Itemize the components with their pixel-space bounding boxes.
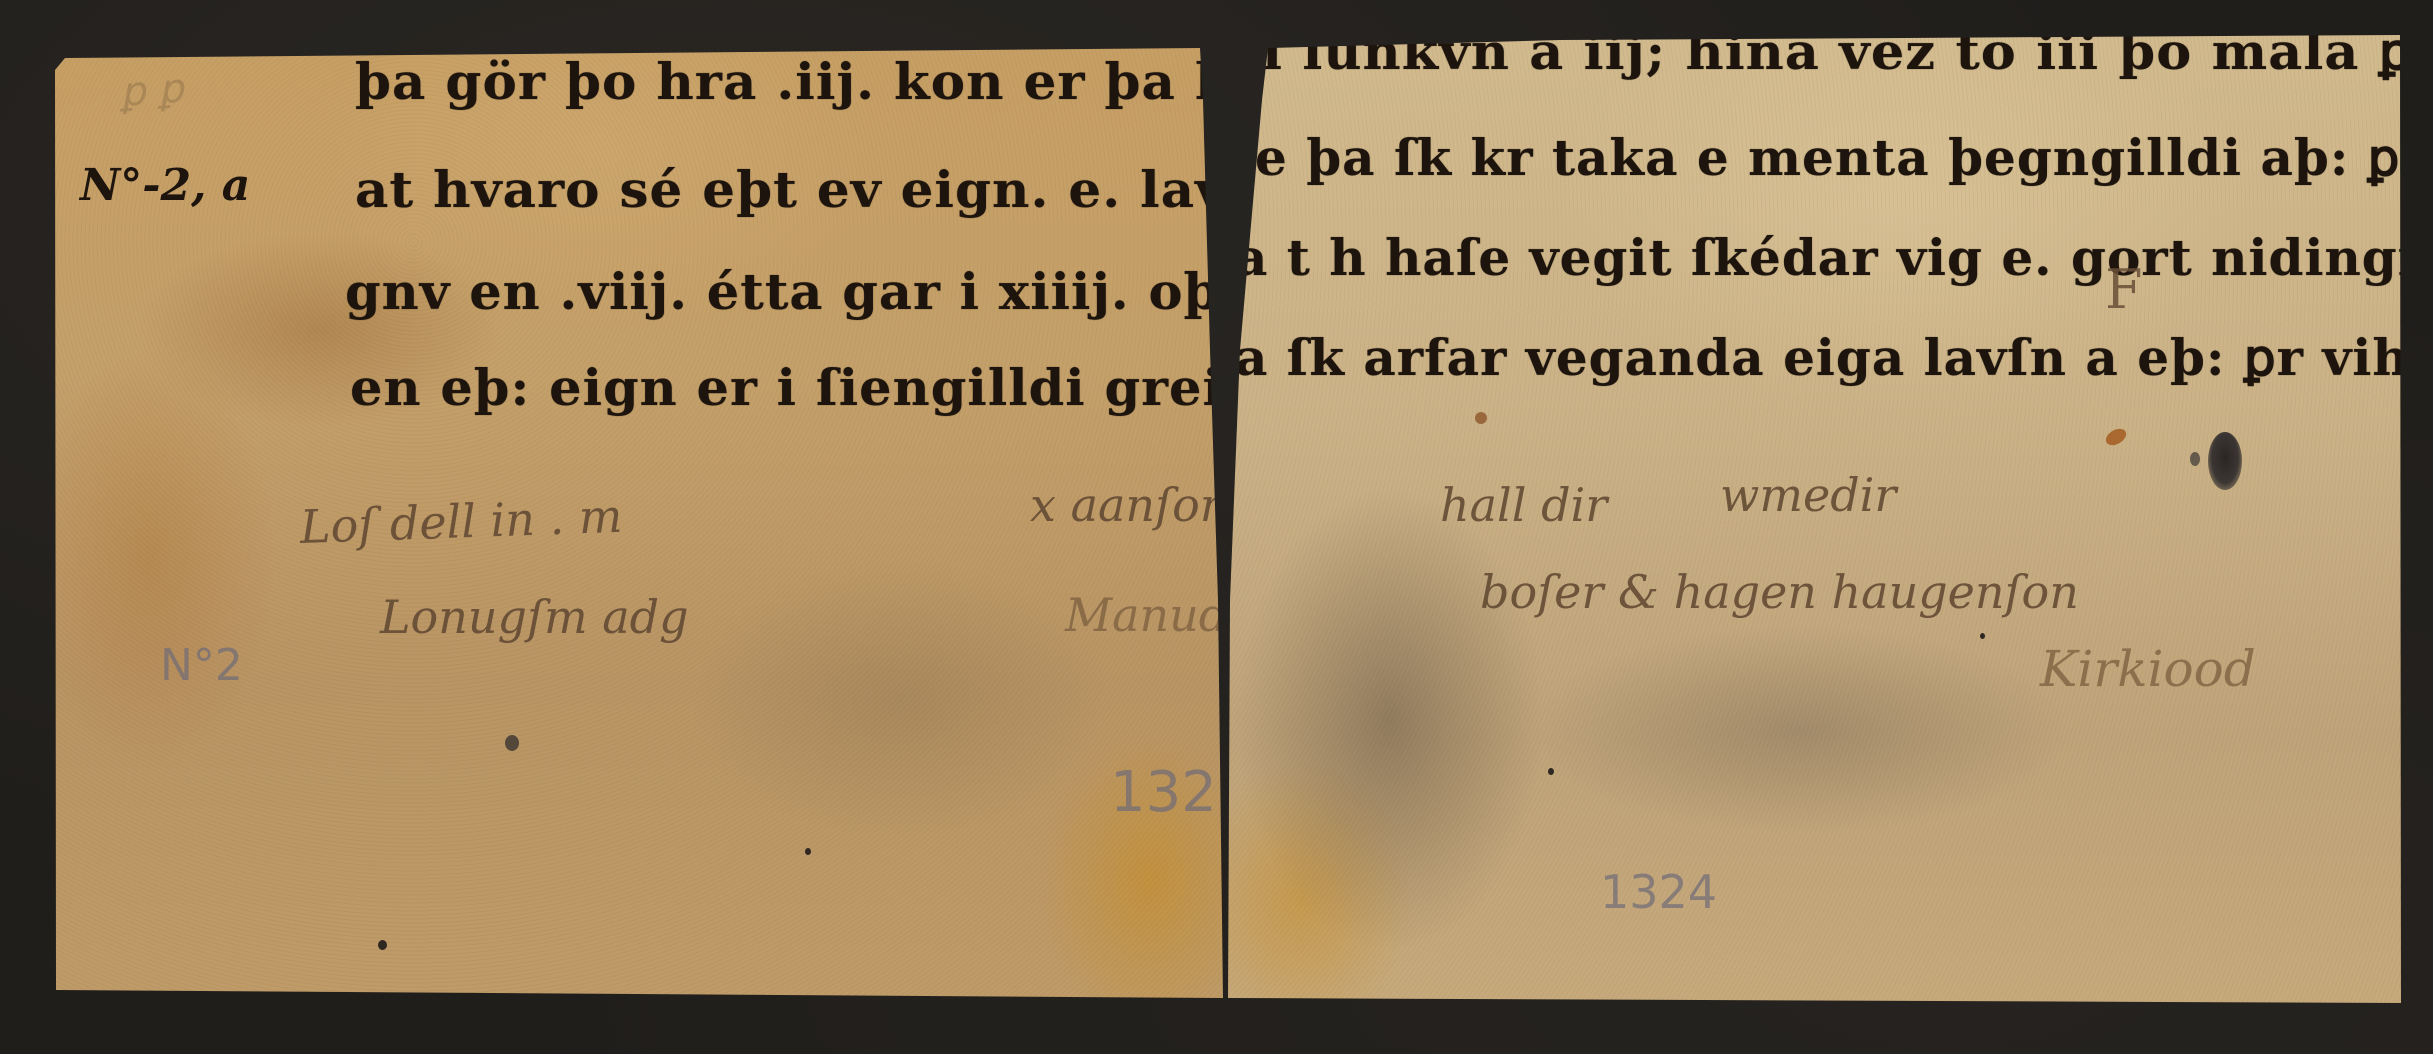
annotation-line-2-right: boſer & hagen haugenſon	[1480, 565, 2079, 619]
pencil-number-no2: N°2	[160, 640, 243, 691]
ink-dot	[505, 735, 519, 751]
main-text-line-3-right: a t h haſe vegit ſkédar vig e. gort nidi…	[1235, 228, 2420, 287]
annotation-line-1-left: Loſ dell in . m	[299, 489, 623, 554]
main-text-line-2-right: e þa ſk kr taka e menta þegngilldi aþ: ꝑ…	[1255, 128, 2433, 187]
main-text-line-4-left: en eþ: eign er i ſiengilldi greidd	[350, 358, 1296, 417]
rust-spot	[1475, 412, 1487, 424]
ink-dot	[1980, 633, 1985, 639]
pencil-number-1324: 1324	[1600, 865, 1717, 919]
margin-mark-f: F	[2105, 258, 2142, 321]
annotation-line-1-right: wmedir	[1720, 468, 1896, 522]
ink-dot	[805, 848, 811, 855]
main-text-line-3-left: gnv en .viij. étta gar i xiiij. oþ. vi	[345, 262, 1306, 321]
annotation-line-1-right-a: hall dir	[1440, 478, 1607, 532]
annotation-line-2-left: Lonugſm adg	[380, 590, 689, 644]
ink-speck	[2190, 452, 2200, 466]
shelfmark-ink: N°-2, a	[80, 160, 250, 211]
annotation-line-3-right: Kirkiood	[2040, 640, 2256, 698]
ink-dot	[1548, 768, 1554, 775]
main-text-line-2-left: at hvaro sé eþt ev eign. e. lavsa	[355, 160, 1291, 219]
faded-scribble: ꝑ ꝑ	[118, 66, 185, 116]
main-text-line-4-right: a ſk arfar veganda eiga lavſn a eþ: ꝑr v…	[1235, 328, 2433, 387]
ink-blot	[2208, 432, 2242, 490]
ink-dot	[378, 940, 387, 950]
